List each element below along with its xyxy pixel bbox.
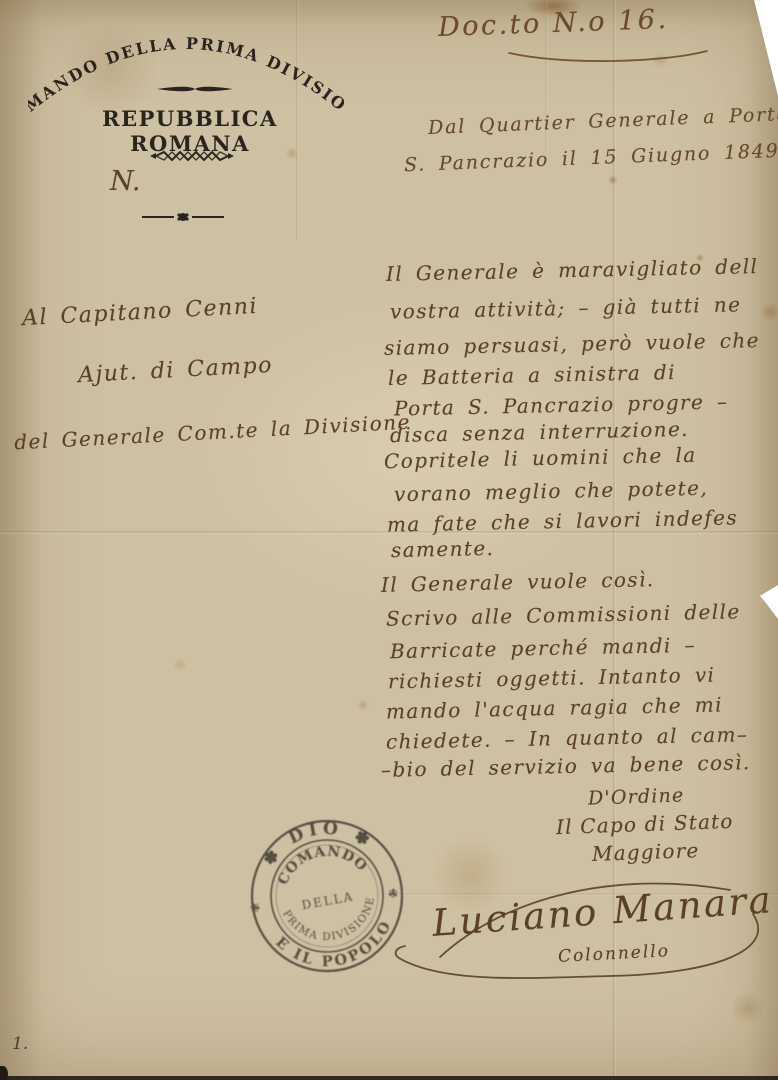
dateline-line1: Dal Quartier Generale a Porta	[428, 103, 778, 139]
body-line: disca senza interruzione.	[390, 417, 689, 447]
body-line: –bio del servizio va bene così.	[381, 750, 751, 782]
scan-bottom-edge	[0, 1076, 778, 1080]
recipient-line3: del Generale Com.te la Divisione	[14, 410, 412, 455]
body-line: siamo persuasi, però vuole che	[384, 328, 760, 360]
doc-reference-underline-icon	[505, 48, 715, 66]
recipient-line1: Al Capitano Cenni	[22, 294, 259, 331]
body-line: Scrivo alle Commissioni delle	[386, 599, 741, 630]
torn-corner	[752, 0, 778, 96]
closing-line1: D'Ordine	[588, 784, 685, 809]
scan-corner-mark	[0, 1066, 8, 1080]
body-line: vostra attività; – già tutti ne	[390, 292, 742, 323]
letter-page: COMANDO DELLA PRIMA DIVISIONE REPUBBLICA…	[0, 0, 778, 1080]
body-line: Il Generale vuole così.	[381, 567, 655, 597]
ornament-braid-icon	[150, 149, 234, 163]
body-line: chiedete. – In quanto al cam–	[386, 722, 749, 754]
body-line: Il Generale è maravigliato dell	[386, 254, 759, 286]
body-line: richiesti oggetti. Intanto vi	[388, 663, 716, 694]
body-line: Copritele li uomini che la	[384, 443, 697, 474]
doc-reference: Doc.to N.o 16.	[438, 4, 670, 43]
letterhead-number-label: N.	[110, 166, 140, 197]
body-line: le Batteria a sinistra di	[388, 360, 676, 390]
body-line: vorano meglio che potete,	[394, 476, 709, 507]
letterhead-arc-title: COMANDO DELLA PRIMA DIVISIONE	[28, 16, 344, 112]
svg-text:COMANDO DELLA PRIMA DIVISIONE: COMANDO DELLA PRIMA DIVISIONE	[28, 16, 344, 112]
ornament-floret-rule-icon	[140, 211, 226, 223]
page-number: 1.	[12, 1034, 28, 1054]
body-line: Porta S. Pancrazio progre –	[394, 390, 729, 421]
body-line: ma fate che si lavori indefes	[387, 505, 739, 536]
stamp-left-ornament-icon: ✾	[248, 902, 263, 913]
body-line: samente.	[391, 536, 495, 562]
paper-edge-notch	[756, 585, 778, 619]
closing-line2: Il Capo di Stato	[556, 809, 734, 839]
dateline-line2: S. Pancrazio il 15 Giugno 1849	[404, 140, 778, 176]
body-line: Barricate perché mandi –	[390, 633, 696, 663]
recipient-line2: Ajut. di Campo	[77, 353, 273, 388]
stamp-inner-line2: DELLA	[301, 889, 356, 912]
ornament-rule-icon	[155, 84, 235, 94]
body-line: mando l'acqua ragia che mi	[386, 692, 723, 723]
